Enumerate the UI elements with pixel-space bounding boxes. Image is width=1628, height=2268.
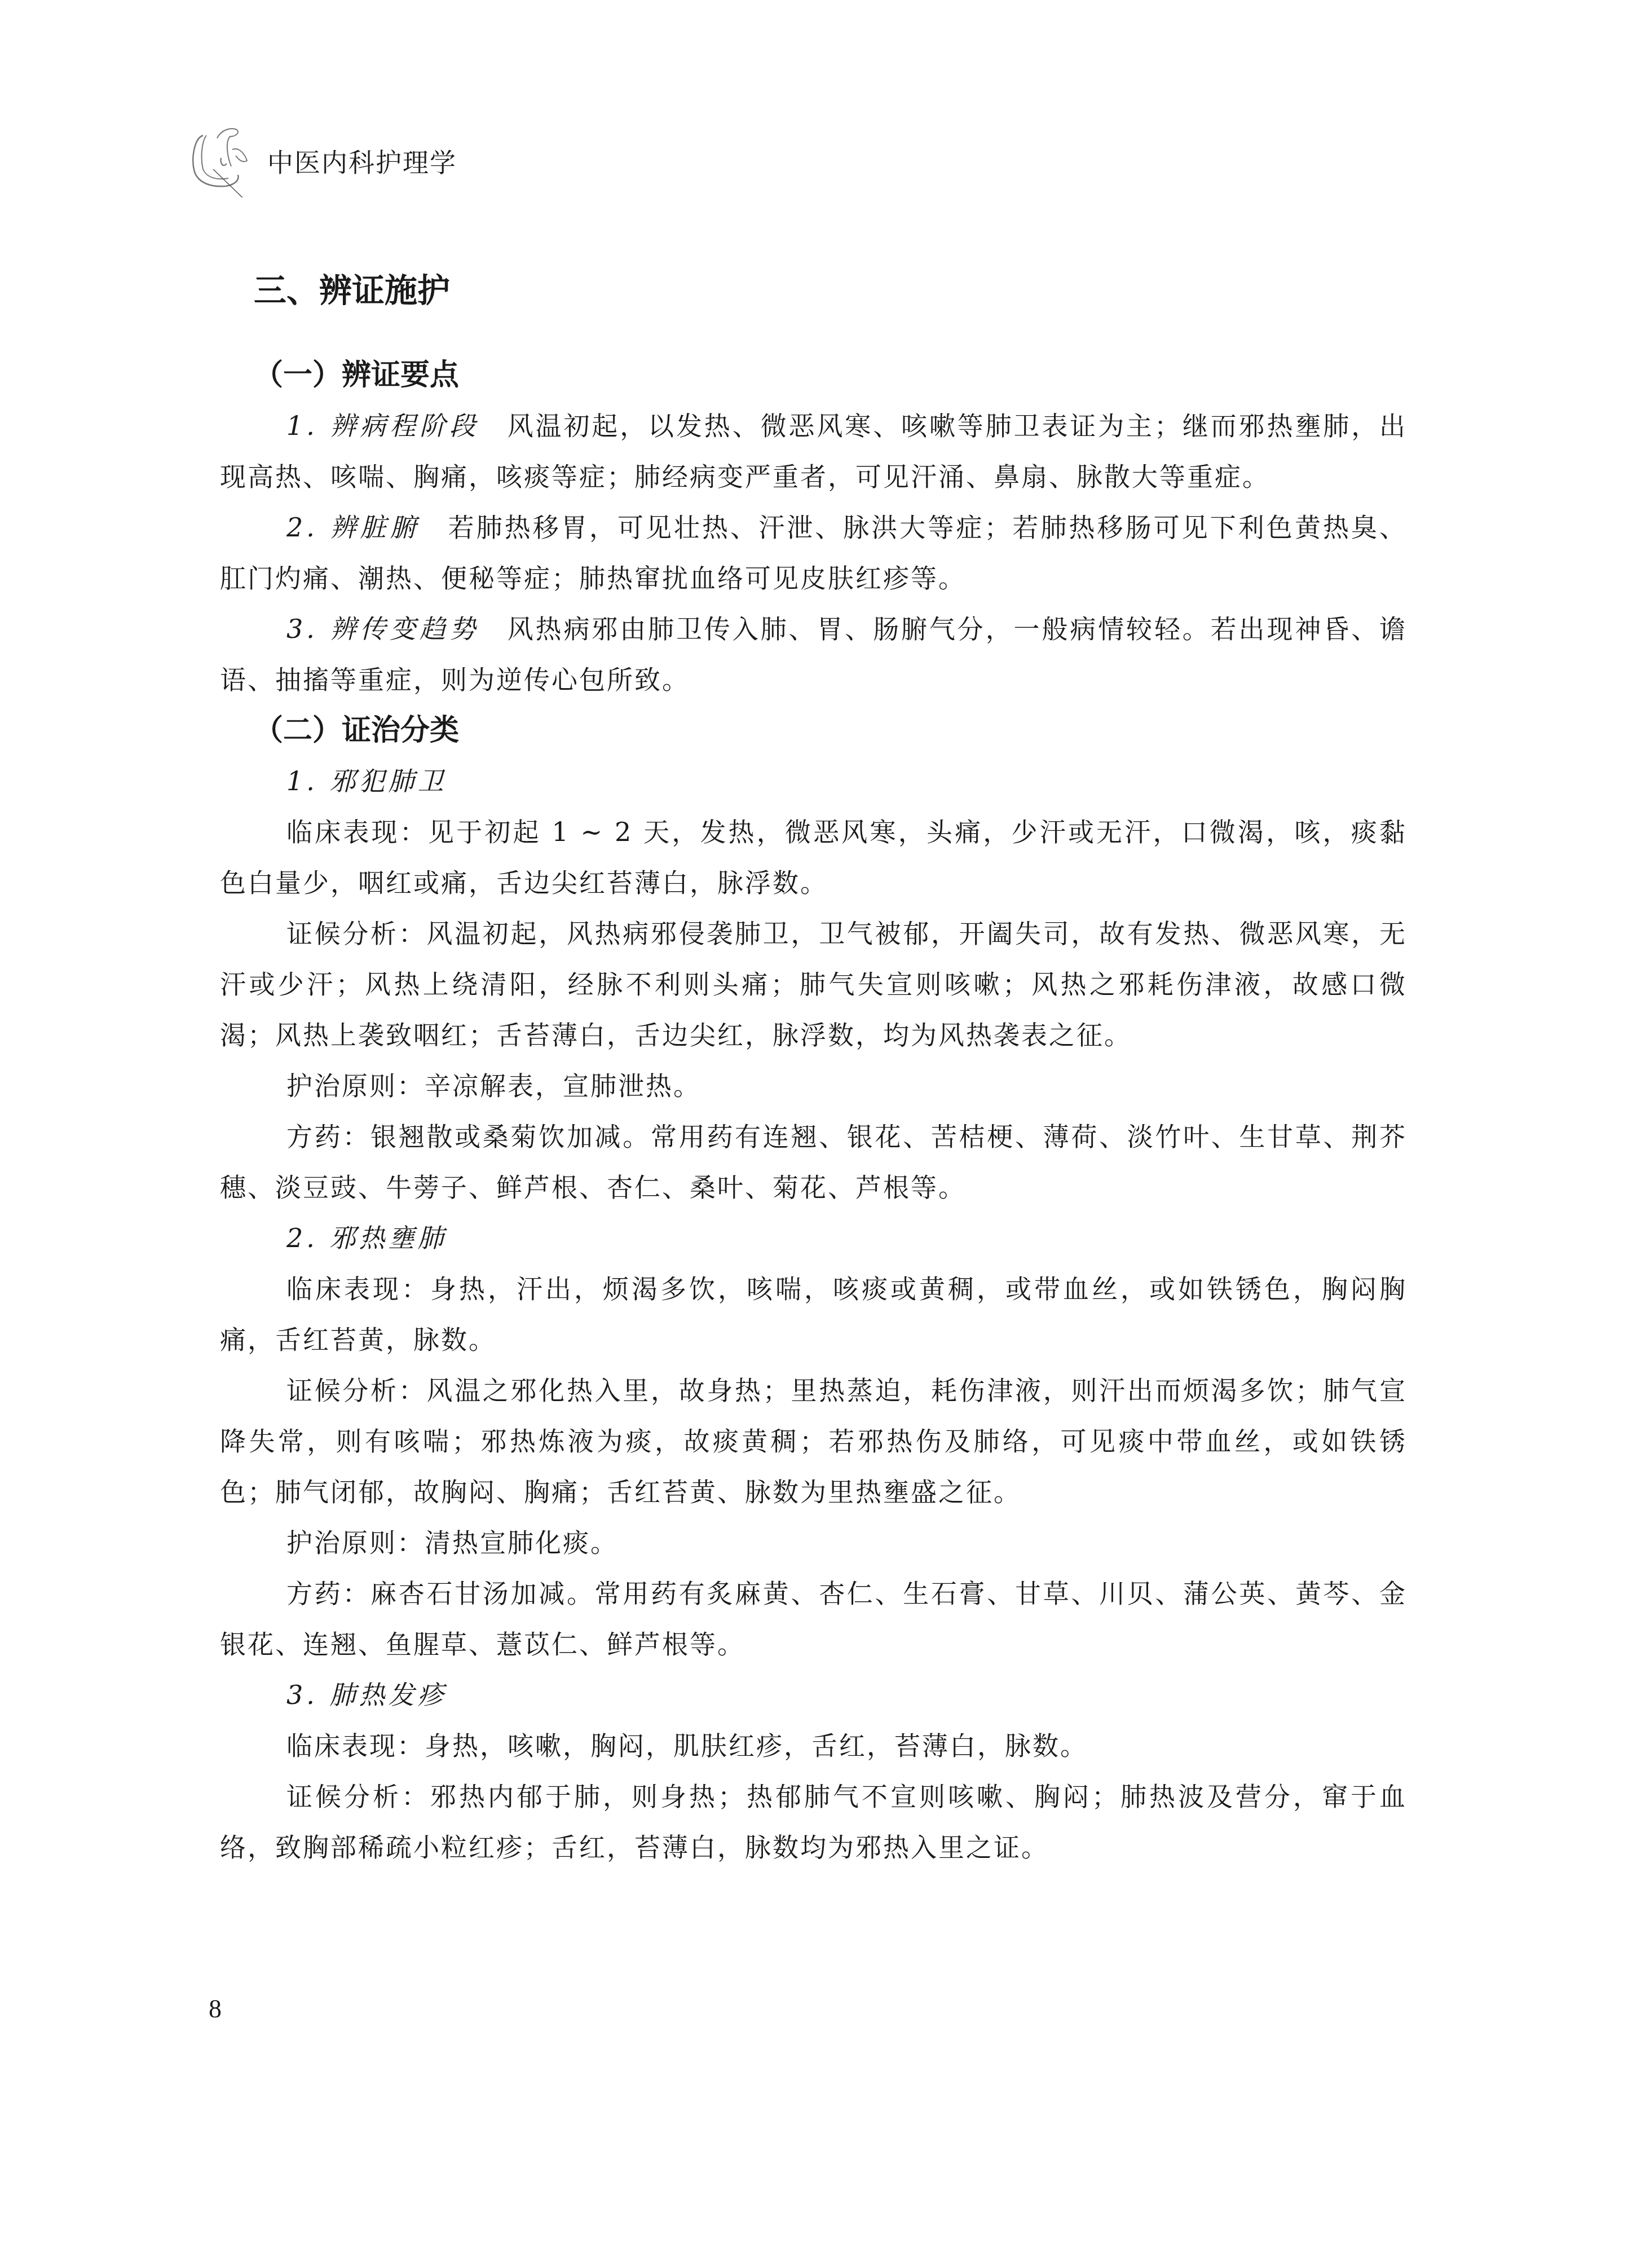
prescription: 方药：麻杏石甘汤加减。常用药有炙麻黄、杏仁、生石膏、甘草、川贝、蒲公英、黄芩、金… bbox=[220, 1568, 1407, 1670]
nursing-principle: 护治原则：清热宣肺化痰。 bbox=[220, 1517, 1407, 1568]
page-number: 8 bbox=[209, 1994, 222, 2024]
paragraph: 1. 辨病程阶段 风温初起，以发热、微恶风寒、咳嗽等肺卫表证为主；继而邪热壅肺，… bbox=[220, 400, 1407, 502]
syndrome-analysis: 证候分析：风温初起，风热病邪侵袭肺卫，卫气被郁，开阖失司，故有发热、微恶风寒，无… bbox=[220, 908, 1407, 1060]
running-header: 中医内科护理学 bbox=[186, 121, 457, 200]
hand-acupuncture-logo-icon bbox=[186, 124, 259, 197]
item-label: 3. 辨传变趋势 bbox=[286, 614, 479, 644]
page-body: 三、辨证施护 （一）辨证要点 1. 辨病程阶段 风温初起，以发热、微恶风寒、咳嗽… bbox=[220, 248, 1407, 1873]
syndrome-heading: 3. 肺热发疹 bbox=[220, 1670, 1407, 1720]
prescription: 方药：银翘散或桑菊饮加减。常用药有连翘、银花、苦桔梗、薄荷、淡竹叶、生甘草、荆芥… bbox=[220, 1111, 1407, 1213]
subsection-title: （一）辨证要点 bbox=[254, 350, 1407, 400]
paragraph: 2. 辨脏腑 若肺热移胃，可见壮热、汗泄、脉洪大等症；若肺热移肠可见下利色黄热臭… bbox=[220, 502, 1407, 604]
syndrome-heading: 1. 邪犯肺卫 bbox=[220, 756, 1407, 807]
item-label: 2. 辨脏腑 bbox=[286, 512, 420, 543]
section-title: 三、辨证施护 bbox=[254, 259, 1407, 322]
subsection-title: （二）证治分类 bbox=[254, 705, 1407, 756]
clinical-manifestation: 临床表现：身热，咳嗽，胸闷，肌肤红疹，舌红，苔薄白，脉数。 bbox=[220, 1720, 1407, 1771]
clinical-manifestation: 临床表现：见于初起 1 ~ 2 天，发热，微恶风寒，头痛，少汗或无汗，口微渴，咳… bbox=[220, 807, 1407, 908]
item-label: 1. 辨病程阶段 bbox=[286, 411, 479, 441]
syndrome-heading: 2. 邪热壅肺 bbox=[220, 1213, 1407, 1263]
nursing-principle: 护治原则：辛凉解表，宣肺泄热。 bbox=[220, 1060, 1407, 1111]
syndrome-analysis: 证候分析：邪热内郁于肺，则身热；热郁肺气不宣则咳嗽、胸闷；肺热波及营分，窜于血络… bbox=[220, 1771, 1407, 1873]
book-title: 中医内科护理学 bbox=[267, 142, 457, 179]
paragraph: 3. 辨传变趋势 风热病邪由肺卫传入肺、胃、肠腑气分，一般病情较轻。若出现神昏、… bbox=[220, 604, 1407, 705]
clinical-manifestation: 临床表现：身热，汗出，烦渴多饮，咳喘，咳痰或黄稠，或带血丝，或如铁锈色，胸闷胸痛… bbox=[220, 1263, 1407, 1365]
syndrome-analysis: 证候分析：风温之邪化热入里，故身热；里热蒸迫，耗伤津液，则汗出而烦渴多饮；肺气宣… bbox=[220, 1365, 1407, 1517]
